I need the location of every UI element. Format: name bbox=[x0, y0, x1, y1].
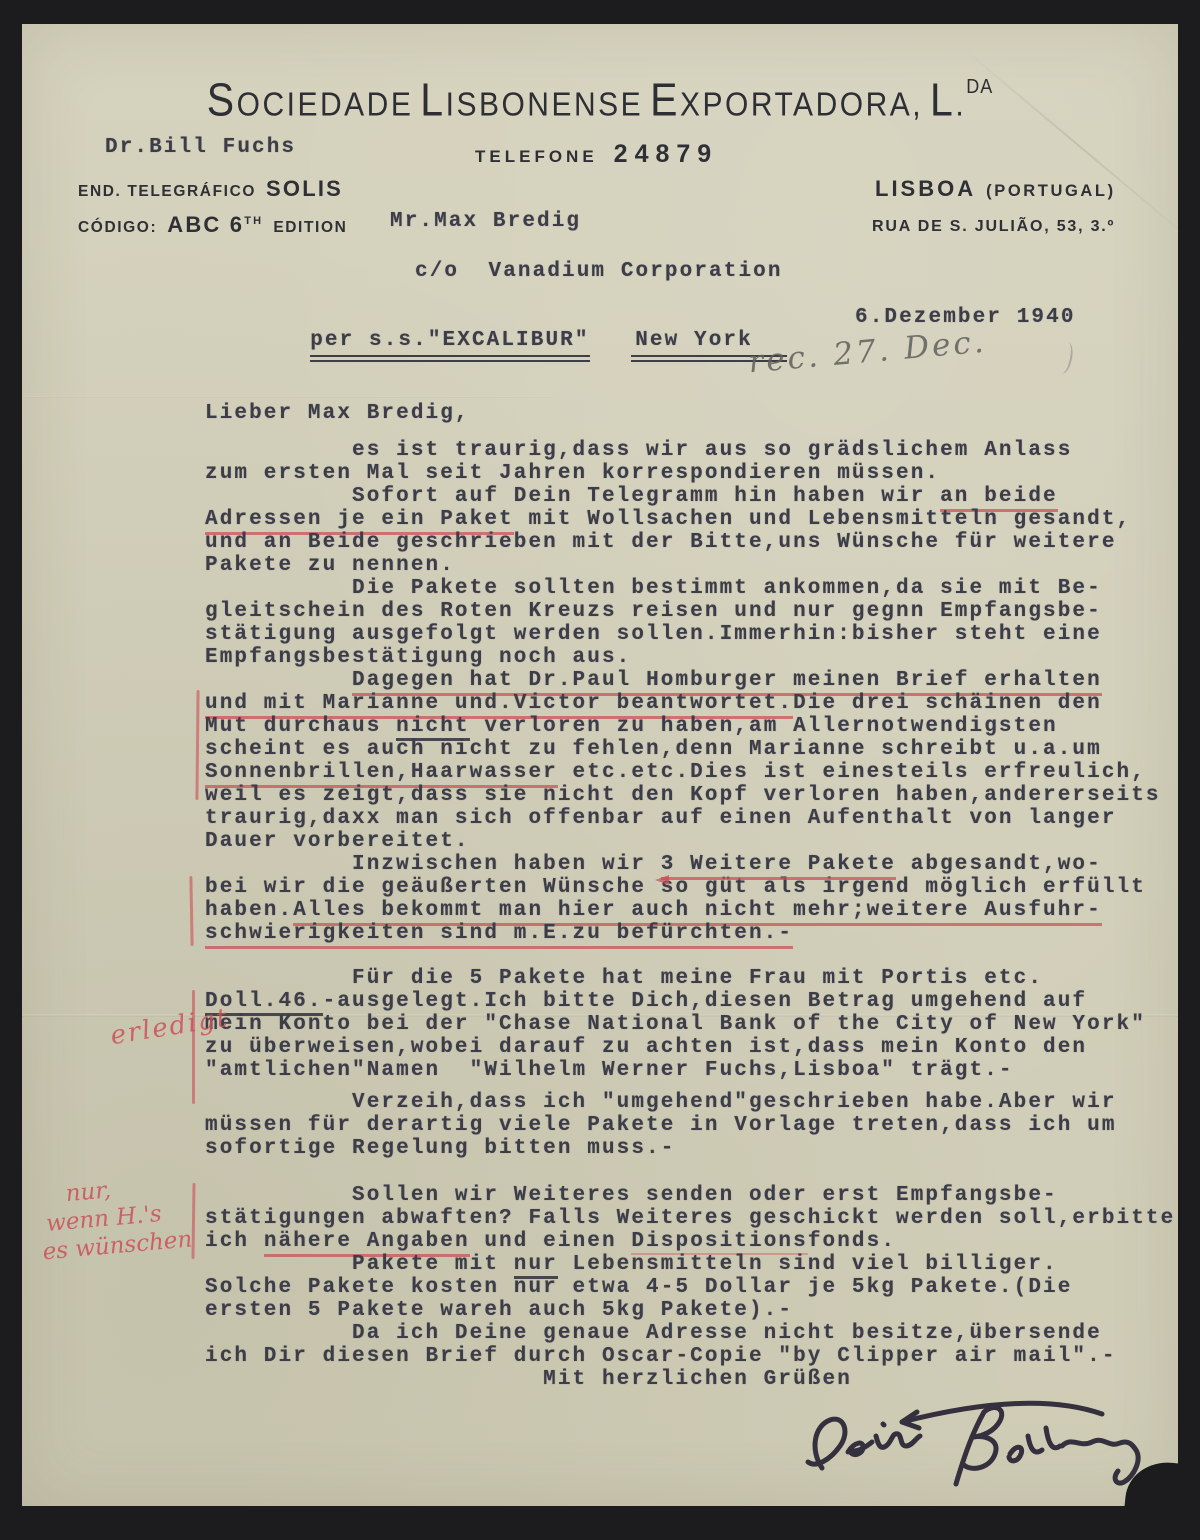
red-margin-line bbox=[195, 690, 199, 800]
via-ship-line: per s.s."EXCALIBUR" bbox=[222, 306, 590, 375]
pencil-stray-mark bbox=[1055, 341, 1075, 375]
body-line: zu überweisen,wobei darauf zu achten ist… bbox=[205, 1036, 1175, 1059]
body-line: ich nähere Angaben und einen Disposition… bbox=[205, 1230, 1175, 1253]
telephone-number: 24879 bbox=[614, 140, 719, 169]
body-line: ich Dir diesen Brief durch Oscar-Copie "… bbox=[205, 1345, 1175, 1368]
body-line: sofortige Regelung bitten muss.- bbox=[205, 1137, 1175, 1160]
margin-note-nur-wenn: nur, wenn H.'s es wünschen bbox=[37, 1170, 194, 1267]
body-line: Sofort auf Dein Telegramm hin haben wir … bbox=[205, 485, 1175, 508]
body-line: Dagegen hat Dr.Paul Homburger meinen Bri… bbox=[205, 669, 1175, 692]
code-line: CÓDIGO: ABC 6TH EDITION bbox=[78, 212, 347, 238]
body-line: weil es zeigt,dass sie nicht den Kopf ve… bbox=[205, 784, 1175, 807]
body-line: traurig,daxx man sich offenbar auf einen… bbox=[205, 807, 1175, 830]
company-name-text: SOCIEDADE LISBONENSE EXPORTADORA, L. bbox=[207, 101, 966, 120]
letterhead-country: (PORTUGAL) bbox=[986, 182, 1116, 201]
red-margin-line bbox=[189, 876, 193, 946]
body-line: Dauer vorbereitet. bbox=[205, 830, 1175, 853]
code-superscript: TH bbox=[244, 215, 263, 227]
body-line: es ist traurig,dass wir aus so grädslich… bbox=[205, 439, 1175, 462]
telegraph-value: SOLIS bbox=[266, 176, 343, 202]
body-line: müssen für derartig viele Pakete in Vorl… bbox=[205, 1114, 1175, 1137]
body-line: und mit Marianne und.Victor beantwortet.… bbox=[205, 692, 1175, 715]
handwritten-signature bbox=[770, 1384, 1160, 1534]
body-line: Die Pakete sollten bestimmt ankommen,da … bbox=[205, 577, 1175, 600]
body-line: ersten 5 Pakete wareh auch 5kg Pakete).- bbox=[205, 1299, 1175, 1322]
telephone-label: TELEFONE bbox=[475, 147, 598, 167]
body-line: Für die 5 Pakete hat meine Frau mit Port… bbox=[205, 967, 1175, 990]
body-line: haben.Alles bekommt man hier auch nicht … bbox=[205, 899, 1175, 922]
body-line: zum ersten Mal seit Jahren korrespondier… bbox=[205, 462, 1175, 485]
telegraph-label: END. TELEGRÁFICO bbox=[78, 183, 256, 201]
letterhead-street: RUA DE S. JULIÃO, 53, 3.º bbox=[872, 218, 1115, 236]
scanned-letter-page: SOCIEDADE LISBONENSE EXPORTADORA, L.DA D… bbox=[0, 0, 1200, 1540]
body-line: Verzeih,dass ich "umgehend"geschrieben h… bbox=[205, 1091, 1175, 1114]
body-line: Sonnenbrillen,Haarwasser etc.etc.Dies is… bbox=[205, 761, 1175, 784]
body-line: Lieber Max Bredig, bbox=[205, 402, 1175, 425]
body-line: Pakete mit nur Lebensmitteln sind viel b… bbox=[205, 1253, 1175, 1276]
city-line: LISBOA (PORTUGAL) bbox=[875, 176, 1116, 202]
paper-crease bbox=[22, 396, 554, 398]
body-line: und an Beide geschrieben mit der Bitte,u… bbox=[205, 531, 1175, 554]
letter-paper: SOCIEDADE LISBONENSE EXPORTADORA, L.DA D… bbox=[22, 24, 1178, 1506]
street-line: RUA DE S. JULIÃO, 53, 3.º bbox=[872, 218, 1115, 236]
recipient-care-of: c/o Vanadium Corporation bbox=[415, 260, 783, 283]
body-line: gleitschein des Roten Kreuzs reisen und … bbox=[205, 600, 1175, 623]
telephone-line: TELEFONE 24879 bbox=[475, 140, 718, 169]
body-line: Sollen wir Weiteres senden oder erst Emp… bbox=[205, 1184, 1175, 1207]
body-line: "amtlichen"Namen "Wilhelm Werner Fuchs,L… bbox=[205, 1059, 1175, 1082]
sender-name-typed: Dr.Bill Fuchs bbox=[105, 136, 296, 159]
body-line: Adressen je ein Paket mit Wollsachen und… bbox=[205, 508, 1175, 531]
body-line: Da ich Deine genaue Adresse nicht besitz… bbox=[205, 1322, 1175, 1345]
body-line: Solche Pakete kosten nur etwa 4-5 Dollar… bbox=[205, 1276, 1175, 1299]
code-rest: EDITION bbox=[273, 219, 347, 237]
code-value: ABC 6TH bbox=[167, 212, 263, 238]
body-line: Empfangsbestätigung noch aus. bbox=[205, 646, 1175, 669]
body-line: scheint es auch nicht zu fehlen,denn Mar… bbox=[205, 738, 1175, 761]
code-label: CÓDIGO: bbox=[78, 219, 157, 237]
body-line: stätigung ausgefolgt werden sollen.Immer… bbox=[205, 623, 1175, 646]
body-line: mein Konto bei der "Chase National Bank … bbox=[205, 1013, 1175, 1036]
body-line: Pakete zu nennen. bbox=[205, 554, 1175, 577]
recipient-name: Mr.Max Bredig bbox=[390, 210, 581, 233]
letter-body: Lieber Max Bredig, es ist traurig,dass w… bbox=[205, 402, 1175, 1391]
telegraph-address-line: END. TELEGRÁFICO SOLIS bbox=[78, 176, 343, 202]
body-line: Doll.46.-ausgelegt.Ich bitte Dich,diesen… bbox=[205, 990, 1175, 1013]
body-line: Mut durchaus nicht verloren zu haben,am … bbox=[205, 715, 1175, 738]
letterhead-city: LISBOA bbox=[875, 176, 976, 202]
company-name-suffix: DA bbox=[966, 75, 993, 97]
body-line: Inzwischen haben wir 3 Weitere Pakete ab… bbox=[205, 853, 1175, 876]
company-name: SOCIEDADE LISBONENSE EXPORTADORA, L.DA bbox=[22, 74, 1178, 127]
body-line: stätigungen abwaften? Falls Weiteres ges… bbox=[205, 1207, 1175, 1230]
